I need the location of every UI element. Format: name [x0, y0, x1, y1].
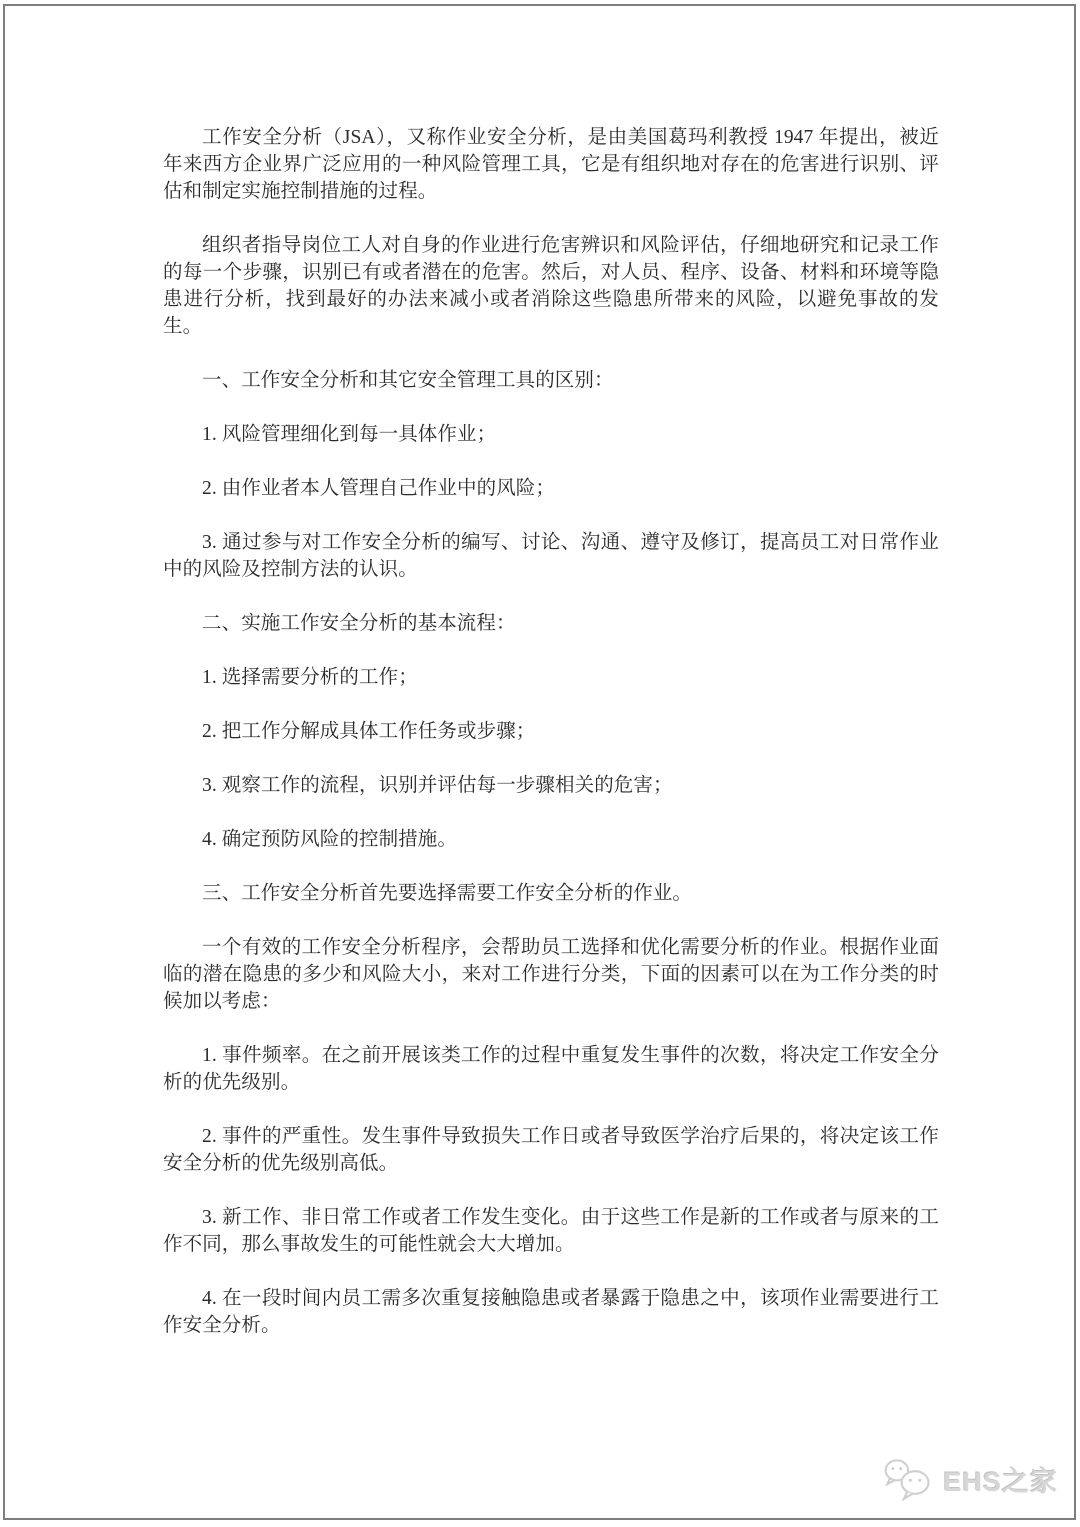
list-item: 1. 事件频率。在之前开展该类工作的过程中重复发生事件的次数，将决定工作安全分析… — [163, 1042, 939, 1096]
document-page: 工作安全分析（JSA），又称作业安全分析，是由美国葛玛利教授 1947 年提出，… — [0, 0, 1080, 1527]
list-item: 2. 由作业者本人管理自己作业中的风险； — [163, 475, 939, 502]
list-item: 4. 确定预防风险的控制措施。 — [163, 826, 939, 853]
brand-watermark: EHS之家 — [883, 1457, 1058, 1501]
list-item: 3. 通过参与对工作安全分析的编写、讨论、沟通、遵守及修订，提高员工对日常作业中… — [163, 529, 939, 583]
chat-bubbles-icon — [883, 1457, 935, 1501]
list-item: 1. 风险管理细化到每一具体作业； — [163, 421, 939, 448]
paragraph: 一个有效的工作安全分析程序，会帮助员工选择和优化需要分析的作业。根据作业面临的潜… — [163, 934, 939, 1015]
paragraph: 组织者指导岗位工人对自身的作业进行危害辨识和风险评估，仔细地研究和记录工作的每一… — [163, 232, 939, 340]
list-item: 4. 在一段时间内员工需多次重复接触隐患或者暴露于隐患之中，该项作业需要进行工作… — [163, 1285, 939, 1339]
article-body: 工作安全分析（JSA），又称作业安全分析，是由美国葛玛利教授 1947 年提出，… — [163, 124, 939, 1366]
list-item: 2. 把工作分解成具体工作任务或步骤； — [163, 718, 939, 745]
paragraph: 工作安全分析（JSA），又称作业安全分析，是由美国葛玛利教授 1947 年提出，… — [163, 124, 939, 205]
list-item: 3. 观察工作的流程，识别并评估每一步骤相关的危害； — [163, 772, 939, 799]
list-item: 1. 选择需要分析的工作； — [163, 664, 939, 691]
section-heading: 三、工作安全分析首先要选择需要工作安全分析的作业。 — [163, 880, 939, 907]
list-item: 3. 新工作、非日常工作或者工作发生变化。由于这些工作是新的工作或者与原来的工作… — [163, 1204, 939, 1258]
section-heading: 二、实施工作安全分析的基本流程： — [163, 610, 939, 637]
section-heading: 一、工作安全分析和其它安全管理工具的区别： — [163, 367, 939, 394]
list-item: 2. 事件的严重性。发生事件导致损失工作日或者导致医学治疗后果的，将决定该工作安… — [163, 1123, 939, 1177]
brand-name: EHS之家 — [943, 1460, 1058, 1499]
